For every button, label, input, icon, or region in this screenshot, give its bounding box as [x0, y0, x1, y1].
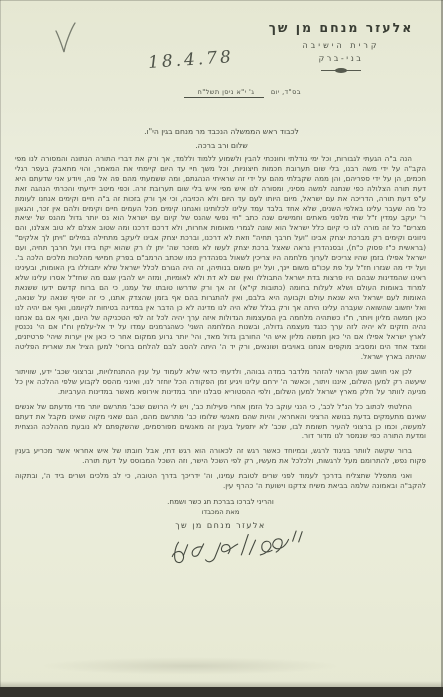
- addressee-line: לכבוד ראש הממשלה הנכבד מר מנחם בגין הי"ו…: [0, 127, 443, 136]
- handwritten-checkmark-icon: [52, 20, 78, 62]
- scan-edge-top: [0, 0, 443, 1]
- scan-edge-bottom: [0, 687, 443, 697]
- salutation-line: שלום ורב ברכה.: [0, 141, 443, 150]
- date-line: בס"ד, יום ג' י"א ניסן תשל"ח: [184, 88, 302, 98]
- greeting-block: לכבוד ראש הממשלה הנכבד מר מנחם בגין הי"ו…: [0, 127, 443, 150]
- paragraph-1: הנה ב"ה הגעתי לגבורות, וכל ימי גודלתי וח…: [15, 154, 426, 362]
- paragraph-2: לכן אני חושב שמן הראוי להזהר מלדבר במדה …: [15, 367, 426, 397]
- closing-blessing: והריני לברכו בברכת חג כשר ושמח.: [15, 497, 426, 506]
- paragraph-3: החלטתי לכתוב כל הנ"ל לכב', כי הנני עוקב …: [15, 402, 426, 442]
- letterhead-line2: קרית הישיבה: [261, 41, 421, 50]
- letterhead: אלעזר מנחם מן שך קרית הישיבה בני-ברק: [261, 20, 421, 73]
- scan-edge-left: [0, 0, 1, 697]
- scanned-letter-page: אלעזר מנחם מן שך קרית הישיבה בני-ברק 18.…: [0, 0, 443, 697]
- letterhead-name: אלעזר מנחם מן שך: [261, 20, 421, 35]
- scan-crease-smudge: [40, 657, 340, 675]
- letterhead-line3: בני-ברק: [261, 54, 421, 63]
- paragraph-4: ברור שקשה לוותר בניגוד לרגש, ובמיוחד כאש…: [15, 446, 426, 466]
- handwritten-date: 18.4.78: [147, 47, 234, 73]
- date-prefix: בס"ד, יום: [271, 88, 301, 96]
- typed-hebrew-date: ג' י"א ניסן תשל"ח: [184, 88, 265, 98]
- letter-content: הנה ב"ה הגעתי לגבורות, וכל ימי גודלתי וח…: [15, 154, 426, 570]
- closing-block: והריני לברכו בברכת חג כשר ושמח. מאת המכב…: [15, 497, 426, 570]
- letter-body: הנה ב"ה הגעתי לגבורות, וכל ימי גודלתי וח…: [15, 154, 426, 491]
- paragraph-5: ואני מתפלל שתצליח בדרכך לעמוד לפני שרים …: [15, 471, 426, 491]
- letterhead-divider-ornament: [321, 68, 361, 73]
- closing-from: מאת המכבדו: [15, 508, 426, 516]
